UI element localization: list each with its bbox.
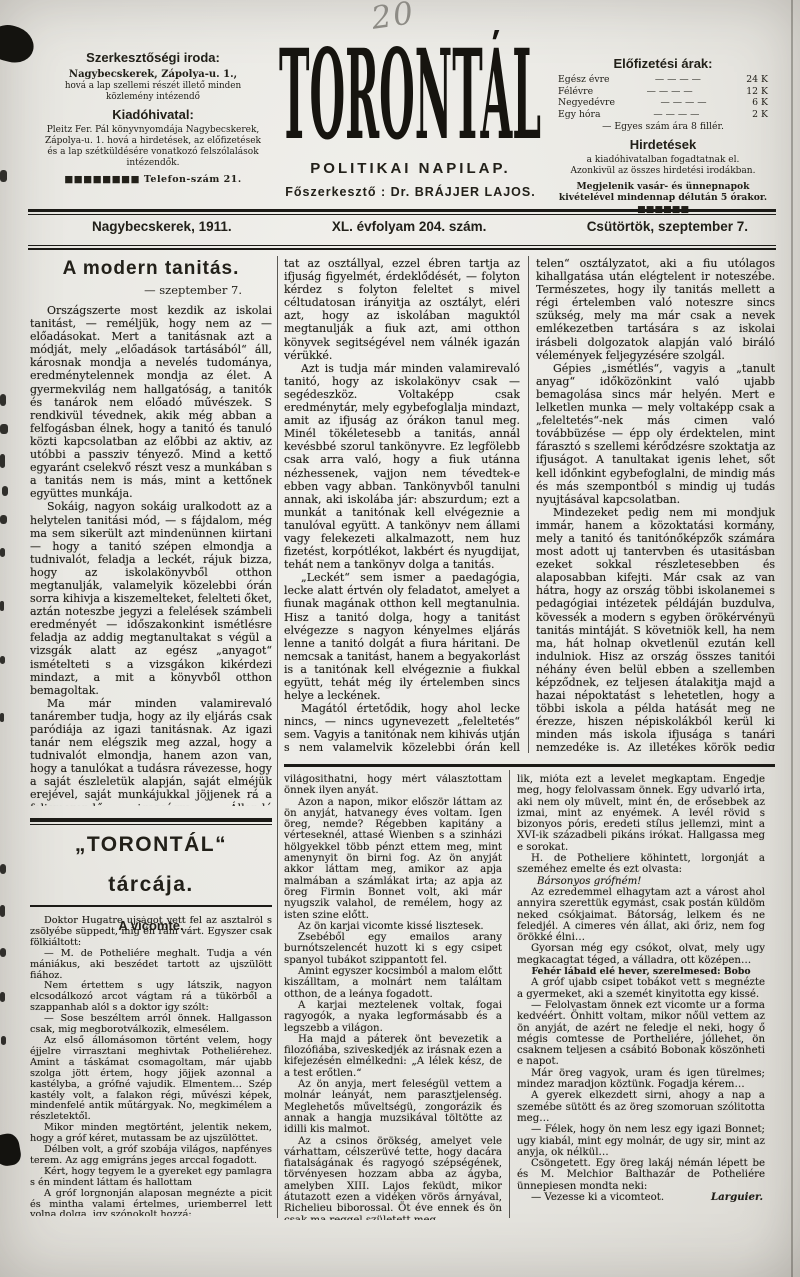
scan-smudge [0,948,6,957]
scan-smudge [2,486,8,496]
scan-smudge [0,713,4,722]
scan-smudge [1,1036,6,1045]
dateline: Nagybecskerek, 1911. XL. évfolyam 204. s… [28,219,776,234]
paragraph: Kért, hogy tegyem le a gyereket egy paml… [30,1167,272,1189]
article-column-2: tat az osztállyal, ezzel ébren tartja az… [284,257,520,751]
scan-smudge [0,454,5,468]
divider [30,905,272,907]
office-title: Szerkesztőségi iroda: [34,49,272,66]
paragraph: — Félek, hogy ön nem lesz egy igazi Bonn… [517,1124,765,1158]
feuilleton-header: „TORONTÁL“ tárcája. [30,825,272,905]
paragraph: Az a csinos örökség, amelyet vele várhat… [284,1136,502,1221]
scan-smudge [0,656,5,664]
publisher-text: Pleitz Fer. Pál könyvnyomdája Nagybecske… [34,125,272,169]
article-text-col1: Országszerte most kezdik az iskolai tani… [30,304,272,806]
paragraph: Az első állomásomon történt velem, hogy … [30,1036,272,1123]
prices-title: Előfizetési árak: [544,55,782,72]
paragraph: „Leckét“ sem ismer a paedagógia, lecke a… [284,571,520,702]
paragraph: Délben volt, a gróf szobája világos, nap… [30,1145,272,1167]
ink-blot [0,21,38,67]
dateline-issue: XL. évfolyam 204. szám. [332,219,487,234]
paragraph: Ha majd a páterek önt bevezetik a filozó… [284,1034,502,1079]
scan-smudge [0,864,6,874]
feuilleton-column-3: lik, mióta ezt a levelet megkaptam. Enge… [517,774,765,1220]
paper-subtitle: POLITIKAI NAPILAP. [277,160,544,177]
paragraph: Gépies „ismétlés“, vagyis a „tanult anya… [536,362,775,506]
paragraph: Nem értettem s ugy látszik, nagyon elcso… [30,981,272,1014]
paragraph: tat az osztállyal, ezzel ébren tartja az… [284,257,520,362]
phone-line: ■■■■■■■■ Telefon-szám 21. [34,174,272,186]
divider [28,245,776,246]
paragraph: Egész évre— — — —24 K [558,74,768,86]
column-divider [277,256,278,1218]
paragraph: — Felolvastam önnek ezt vicomte ur a for… [517,1000,765,1068]
ads-text: a kiadóhivatalban fogadtatnak el. Azonki… [544,155,782,177]
divider [284,764,775,767]
scan-smudge [0,424,8,434]
paragraph: Zsebéből egy emailos arany burnótszelenc… [284,932,502,966]
paragraph: H. de Potheliere köhintett, lorgonját a … [517,853,765,876]
paragraph: Csöngetett. Egy öreg lakáj némán lépett … [517,1158,765,1192]
single-issue-price: — Egyes szám ára 8 fillér. [544,121,782,133]
masthead-subscription-block: Előfizetési árak: Egész évre— — — —24 KF… [544,52,782,215]
scan-edge-line [791,0,793,1277]
article-column-1: A modern tanitás. — szeptember 7. Ország… [30,258,272,806]
paragraph: — Sose beszéltem arról önnek. Hallgasson… [30,1014,272,1036]
masthead-center: TORONTÁL POLITIKAI NAPILAP. Főszerkesztő… [277,30,544,199]
column-divider [528,256,529,753]
masthead-logo: TORONTÁL [277,30,544,158]
scan-smudge [0,548,5,557]
paragraph: Az ezredemmel elhagytam azt a várost aho… [517,887,765,943]
paragraph: Az ön karjai vicomte kissé lisztesek. [284,921,502,932]
paragraph: Azt is tudja már minden valamirevaló tan… [284,362,520,572]
dateline-date: Csütörtök, szeptember 7. [587,219,776,234]
feuilleton-column-2: világosithatni, hogy mért választottam ö… [284,774,502,1220]
divider [28,209,776,212]
publisher-title: Kiadóhivatal: [34,106,272,123]
paragraph: A gyerek elkezdett sirni, ahogy a nap a … [517,1090,765,1124]
paragraph: A gróf lorgnonján alaposan megnézte a pi… [30,1189,272,1216]
paragraph: Már öreg vagyok, uram és igen türelmes; … [517,1068,765,1091]
price-list: Egész évre— — — —24 KFélévre— — — —12 KN… [558,74,768,120]
paragraph: Az ön anyja, mert feleségül vettem a mol… [284,1079,502,1135]
paragraph: — M. de Potheliére meghalt. Tudja a vén … [30,949,272,982]
masthead-office-block: Szerkesztőségi iroda: Nagybecskerek, Záp… [34,46,272,185]
paragraph: Magától értetődik, hogy ahol lecke nincs… [284,702,520,751]
ads-title: Hirdetések [544,136,782,153]
divider [28,248,776,250]
scan-smudge [0,905,5,917]
divider [28,214,776,215]
divider [30,818,272,822]
paragraph: Mindezeket pedig nem mi mondjuk immár, h… [536,506,775,751]
paragraph: Mikor minden megtörtént, jelentik nekem,… [30,1123,272,1145]
column-divider [509,770,510,1218]
paragraph: A karjai meztelenek voltak, fogai ragyog… [284,1000,502,1034]
paragraph: Egy hóra— — — —2 K [558,109,768,121]
paragraph: telen“ osztályzatot, aki a fiu utólagos … [536,257,775,362]
newspaper-page: 20 Szerkesztőségi iroda: Nagybecskerek, … [0,0,800,1277]
office-note: hová a lap szellemi részét illető minden… [34,81,272,103]
paragraph: Azon a napon, mikor először láttam az ön… [284,797,502,921]
scan-smudge [0,515,7,524]
masthead-title: TORONTÁL [279,30,541,158]
ink-blot [0,1132,23,1168]
scan-smudge [0,394,6,406]
paragraph: világosithatni, hogy mért választottam ö… [284,774,502,797]
paragraph: Országszerte most kezdik az iskolai tani… [30,304,272,500]
article-date: — szeptember 7. [30,283,272,297]
scan-smudge [0,170,7,182]
paragraph: — Vezesse ki a vicomteot.Larguier. [517,1192,765,1203]
paragraph: Sokáig, nagyon sokáig uralkodott az a he… [30,500,272,696]
paragraph: Félévre— — — —12 K [558,86,768,98]
dateline-place: Nagybecskerek, 1911. [28,219,232,234]
paragraph: Gyorsan még egy csókot, olvat, mely ugy … [517,943,765,966]
paragraph: Amint egyszer kocsimból a malom előtt ki… [284,966,502,1000]
editor-line: Főszerkesztő : Dr. BRÁJJER LAJOS. [277,185,544,199]
paragraph: lik, mióta ezt a levelet megkaptam. Enge… [517,774,765,853]
article-column-3: telen“ osztályzatot, aki a fiu utólagos … [536,257,775,751]
paragraph: A gróf ujabb csipet tobákot vett s megné… [517,977,765,1000]
scan-smudge [0,992,5,1002]
paragraph: Bársonyos grófném! [517,876,765,887]
office-address: Nagybecskerek, Zápolya-u. 1., [34,68,272,81]
article-title: A modern tanitás. [30,258,272,280]
feuilleton-column-1: Doktor Hugatre ujságot vett fel az aszta… [30,916,272,1216]
scan-smudge [0,601,4,611]
paragraph: Fehér lábaid elé hever, szerelmesed: Bob… [517,966,765,977]
paragraph: Doktor Hugatre ujságot vett fel az aszta… [30,916,272,949]
paragraph: Ma már minden valamirevaló tanárember tu… [30,697,272,806]
paragraph: Negyedévre— — — —6 K [558,97,768,109]
